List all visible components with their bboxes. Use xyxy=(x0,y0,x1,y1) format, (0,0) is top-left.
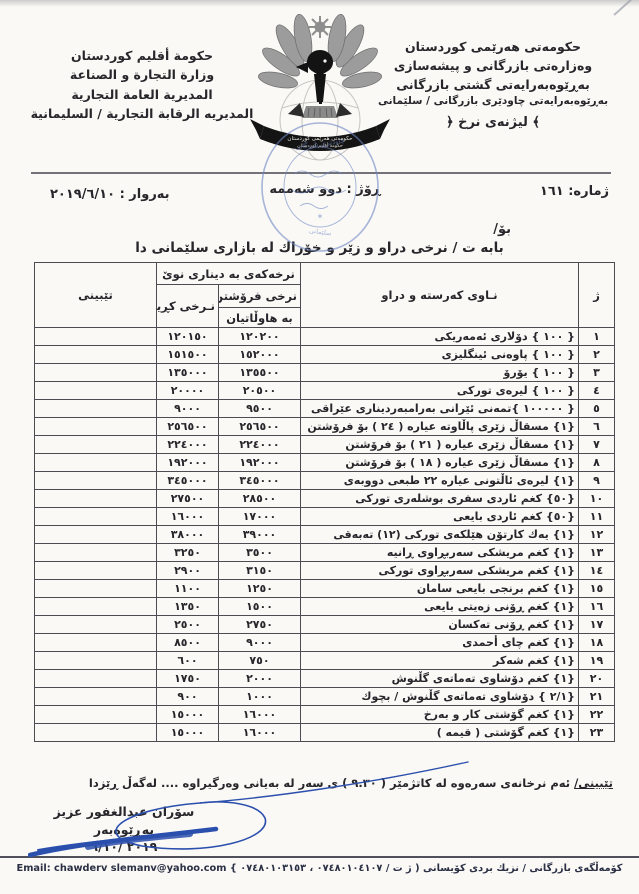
table-row: ١١{٥٠} كغم ئاردی بایعی١٧٠٠٠١٦٠٠٠ xyxy=(34,508,614,526)
table-row: ٢٢{١} كغم گۆشتی كار و بەرخ١٦٠٠٠١٥٠٠٠ xyxy=(34,706,614,724)
table-row: ٧{١} مسقاڵ زێری عیارە ( ٢١ ) بۆ فرۆشتن٢٢… xyxy=(34,436,614,454)
buy-price-cell: ١٢٠١٥٠ xyxy=(156,328,218,346)
sell-price-cell: ٢٨٥٠٠ xyxy=(219,490,301,508)
table-row: ١٨{١} كغم چای أحمدی٩٠٠٠٨٥٠٠ xyxy=(34,634,614,652)
note-cell xyxy=(34,598,156,616)
item-name-cell: {٥٠} كغم ئاردی سفری بوشلەری توركی xyxy=(301,490,579,508)
note-cell xyxy=(34,562,156,580)
row-number-cell: ١٨ xyxy=(579,634,615,652)
header-line: حكومة أقليم كوردستان xyxy=(28,46,256,65)
note-cell xyxy=(34,418,156,436)
col-header-sell-sub: بە هاوڵاتیان xyxy=(219,308,301,328)
header-line: المديرية العامة التجارية xyxy=(28,85,256,104)
price-table: ژ نـاوی كەرستە و دراو نرخەكەی بە دیناری … xyxy=(34,262,615,742)
buy-price-cell: ٣٤٥٠٠٠ xyxy=(156,472,218,490)
sell-price-cell: ٢٧٥٠ xyxy=(219,616,301,634)
item-name-cell: { ١٠٠ } پاوەنی ئینگلیزی xyxy=(301,346,579,364)
buy-price-cell: ١٥١٥٠٠ xyxy=(156,346,218,364)
table-row: ٢٠{١} كغم دۆشاوی تەماتەی گڵنوش٢٠٠٠١٧٥٠ xyxy=(34,670,614,688)
stamp-text: سلێمانی xyxy=(309,227,332,238)
item-name-cell: {١} یەك كارتۆن هێلكەی توركی (١٢) تەبەقی xyxy=(301,526,579,544)
signer-date: ٢٠١٩ /٦/١٠ xyxy=(46,838,202,856)
sun-icon xyxy=(309,16,331,38)
price-committee-label: ﴾ لیژنەی نرخ ﴿ xyxy=(371,113,615,133)
note-cell xyxy=(34,688,156,706)
sell-price-cell: ١٢٠٢٠٠ xyxy=(219,328,301,346)
note-cell xyxy=(34,544,156,562)
price-table-header: ژ نـاوی كەرستە و دراو نرخەكەی بە دیناری … xyxy=(34,263,614,328)
item-name-cell: {١} كغم شەكر xyxy=(301,652,579,670)
item-name-cell: {١} كغم گۆشتی كار و بەرخ xyxy=(301,706,579,724)
table-row: ٢٣{١} كغم گۆشتی ( قیمە )١٦٠٠٠١٥٠٠٠ xyxy=(34,724,614,742)
buy-price-cell: ٢٧٥٠٠ xyxy=(156,490,218,508)
sell-price-cell: ١٦٠٠٠ xyxy=(219,706,301,724)
buy-price-cell: ٣٢٥٠ xyxy=(156,544,218,562)
table-row: ٥{ ١٠٠٠٠٠ }تمەنی ئێرانی بەرامبەردیناری ع… xyxy=(34,400,614,418)
buy-price-cell: ٩٠٠٠ xyxy=(156,400,218,418)
buy-price-cell: ١٣٥٠ xyxy=(156,598,218,616)
row-number-cell: ٤ xyxy=(579,382,615,400)
note-cell xyxy=(34,400,156,418)
col-header-item: نـاوی كەرستە و دراو xyxy=(301,263,579,328)
table-row: ١٢{١} یەك كارتۆن هێلكەی توركی (١٢) تەبەق… xyxy=(34,526,614,544)
row-number-cell: ١٦ xyxy=(579,598,615,616)
sell-price-cell: ١٩٢٠٠٠ xyxy=(219,454,301,472)
row-number-cell: ١٢ xyxy=(579,526,615,544)
col-header-notes: تێبینی xyxy=(34,263,156,328)
item-name-cell: {١} مسقاڵ زێری عیارە ( ٢١ ) بۆ فرۆشتن xyxy=(301,436,579,454)
header-line: وەزارەتی بازرگانی و پیشەسازی xyxy=(371,57,615,76)
sell-price-cell: ١٥٠٠ xyxy=(219,598,301,616)
row-number-cell: ٢١ xyxy=(579,688,615,706)
row-number-cell: ١١ xyxy=(579,508,615,526)
buy-price-cell: ١٣٥٠٠٠ xyxy=(156,364,218,382)
col-header-buy-price: نـرخی كڕین xyxy=(156,285,218,328)
table-row: ٢{ ١٠٠ } پاوەنی ئینگلیزی١٥٢٠٠٠١٥١٥٠٠ xyxy=(34,346,614,364)
item-name-cell: {١} كغم گۆشتی ( قیمە ) xyxy=(301,724,579,742)
buy-price-cell: ١٦٠٠٠ xyxy=(156,508,218,526)
note-cell xyxy=(34,454,156,472)
sell-price-cell: ١٠٠٠ xyxy=(219,688,301,706)
row-number-cell: ٦ xyxy=(579,418,615,436)
header-line: حكومەتی هەرێمی كوردستان xyxy=(371,38,615,57)
row-number-cell: ١٧ xyxy=(579,616,615,634)
item-name-cell: { ١٠٠ } یۆرۆ xyxy=(301,364,579,382)
table-row: ١٦{١} كغم ڕۆنی زەیتی بایعی١٥٠٠١٣٥٠ xyxy=(34,598,614,616)
sell-price-cell: ٩٥٠٠ xyxy=(219,400,301,418)
note-cell xyxy=(34,508,156,526)
note-cell xyxy=(34,634,156,652)
sell-price-cell: ٣١٥٠ xyxy=(219,562,301,580)
row-number-cell: ١ xyxy=(579,328,615,346)
note-cell xyxy=(34,580,156,598)
note-cell xyxy=(34,364,156,382)
row-number-cell: ٣ xyxy=(579,364,615,382)
header-arabic-block: حكومة أقليم كوردستان وزارة التجارة و الص… xyxy=(28,46,256,124)
table-row: ٤{ ١٠٠ } لیرەی توركی٢٠٥٠٠٢٠٠٠٠ xyxy=(34,382,614,400)
header-kurdish-block: حكومەتی هەرێمی كوردستان وەزارەتی بازرگان… xyxy=(371,38,615,133)
sell-price-cell: ٧٥٠ xyxy=(219,652,301,670)
to-label: بۆ/ xyxy=(493,222,511,237)
note-cell xyxy=(34,382,156,400)
item-name-cell: {٥٠} كغم ئاردی بایعی xyxy=(301,508,579,526)
sell-price-cell: ١٦٠٠٠ xyxy=(219,724,301,742)
row-number-cell: ٢٠ xyxy=(579,670,615,688)
buy-price-cell: ١٥٠٠٠ xyxy=(156,724,218,742)
sell-price-cell: ١٣٥٥٠٠ xyxy=(219,364,301,382)
item-name-cell: {١} كغم مریشكی سەربڕاوی ڕانیە xyxy=(301,544,579,562)
signature-block: سۆران عبدالغفور عزیز بەڕێوەبەر ٢٠١٩ /٦/١… xyxy=(46,803,202,856)
table-row: ٩{١} لیرەی ئاڵتونی عیارە ٢٢ طبعی دووبەی٣… xyxy=(34,472,614,490)
scan-edge-shadow xyxy=(0,0,639,7)
row-number-cell: ٢٣ xyxy=(579,724,615,742)
sell-price-cell: ٢٠٥٠٠ xyxy=(219,382,301,400)
item-name-cell: {١} كغم چای أحمدی xyxy=(301,634,579,652)
row-number-cell: ١٥ xyxy=(579,580,615,598)
note-cell xyxy=(34,670,156,688)
note-cell xyxy=(34,490,156,508)
signer-title: بەڕێوەبەر xyxy=(46,821,202,839)
note-cell xyxy=(34,616,156,634)
sell-price-cell: ٢٥٦٥٠٠ xyxy=(219,418,301,436)
sell-price-cell: ٣٩٠٠٠ xyxy=(219,526,301,544)
note-cell xyxy=(34,526,156,544)
official-stamp-icon: چاودێری بازرگانی سلێمانی ✶ xyxy=(254,116,386,258)
footnote-text: ئەم نرخانەی سەرەوە لە كاتژمێر ( ٩.٣٠ ) ی… xyxy=(89,776,574,790)
buy-price-cell: ٢٠٠٠٠ xyxy=(156,382,218,400)
buy-price-cell: ٢٩٠٠ xyxy=(156,562,218,580)
row-number-cell: ١٩ xyxy=(579,652,615,670)
note-cell xyxy=(34,652,156,670)
row-number-cell: ١٣ xyxy=(579,544,615,562)
item-name-cell: {١} كغم مریشكی سەربڕاوی توركی xyxy=(301,562,579,580)
item-name-cell: { ١٠٠٠٠٠ }تمەنی ئێرانی بەرامبەردیناری عێ… xyxy=(301,400,579,418)
header-line: بەڕێوەبەرایەتی چاودێری بازرگانی / سلێمان… xyxy=(371,94,615,110)
table-row: ١٩{١} كغم شەكر٧٥٠٦٠٠ xyxy=(34,652,614,670)
signer-name: سۆران عبدالغفور عزیز xyxy=(46,803,202,821)
buy-price-cell: ٢٢٤٠٠٠ xyxy=(156,436,218,454)
table-row: ١{ ١٠٠ } دۆلاری ئەمەریكی١٢٠٢٠٠١٢٠١٥٠ xyxy=(34,328,614,346)
buy-price-cell: ٣٨٠٠٠ xyxy=(156,526,218,544)
row-number-cell: ٨ xyxy=(579,454,615,472)
table-row: ١٠{٥٠} كغم ئاردی سفری بوشلەری توركی٢٨٥٠٠… xyxy=(34,490,614,508)
buy-price-cell: ٢٥٦٥٠٠ xyxy=(156,418,218,436)
table-row: ١٣{١} كغم مریشكی سەربڕاوی ڕانیە٣٥٠٠٣٢٥٠ xyxy=(34,544,614,562)
item-name-cell: {١} كغم برنجی بایعی سامان xyxy=(301,580,579,598)
item-name-cell: {٢/١ } دۆشاوی تەماتەی گڵنوش / بچوك xyxy=(301,688,579,706)
footer-contact-line: كۆمەڵگەی بازرگانی / نزیك بردی كۆیسانی ( … xyxy=(0,863,639,874)
footnote: تێبینی/ ئەم نرخانەی سەرەوە لە كاتژمێر ( … xyxy=(89,776,613,790)
item-name-cell: {١} كغم ڕۆنی تەكسان xyxy=(301,616,579,634)
header-line: المديريه الرقابة التجارية / السليمانية xyxy=(28,104,256,123)
col-header-sell-price: نرخی فرۆشتن xyxy=(219,285,301,308)
row-number-cell: ٥ xyxy=(579,400,615,418)
svg-text:✶: ✶ xyxy=(317,212,324,221)
note-cell xyxy=(34,706,156,724)
item-name-cell: {١} لیرەی ئاڵتونی عیارە ٢٢ طبعی دووبەی xyxy=(301,472,579,490)
footer-divider xyxy=(0,856,639,858)
col-header-row-number: ژ xyxy=(579,263,615,328)
row-number-cell: ١٠ xyxy=(579,490,615,508)
sell-price-cell: ٢٢٤٠٠٠ xyxy=(219,436,301,454)
note-cell xyxy=(34,346,156,364)
row-number-cell: ٧ xyxy=(579,436,615,454)
doc-date: بەروار : ٢٠١٩/٦/١٠ xyxy=(50,187,170,202)
buy-price-cell: ١١٠٠ xyxy=(156,580,218,598)
note-cell xyxy=(34,328,156,346)
sell-price-cell: ١٥٢٠٠٠ xyxy=(219,346,301,364)
table-row: ٢١{٢/١ } دۆشاوی تەماتەی گڵنوش / بچوك١٠٠٠… xyxy=(34,688,614,706)
sell-price-cell: ١٢٥٠ xyxy=(219,580,301,598)
doc-number: ژمارە: ١٦١ xyxy=(540,184,609,199)
row-number-cell: ٢ xyxy=(579,346,615,364)
item-name-cell: {١} كغم دۆشاوی تەماتەی گڵنوش xyxy=(301,670,579,688)
sell-price-cell: ٢٠٠٠ xyxy=(219,670,301,688)
header-line: وزارة التجارة و الصناعة xyxy=(28,65,256,84)
buy-price-cell: ١٥٠٠٠ xyxy=(156,706,218,724)
sell-price-cell: ٩٠٠٠ xyxy=(219,634,301,652)
item-name-cell: {١} مسقاڵ زێری پاڵاوتە عیارە ( ٢٤ ) بۆ ف… xyxy=(301,418,579,436)
sell-price-cell: ١٧٠٠٠ xyxy=(219,508,301,526)
buy-price-cell: ١٧٥٠ xyxy=(156,670,218,688)
item-name-cell: { ١٠٠ } لیرەی توركی xyxy=(301,382,579,400)
buy-price-cell: ١٩٢٠٠٠ xyxy=(156,454,218,472)
note-cell xyxy=(34,724,156,742)
buy-price-cell: ٦٠٠ xyxy=(156,652,218,670)
header-line: بەڕێوەبەرایەتی گشتی بازرگانی xyxy=(371,76,615,95)
note-cell xyxy=(34,436,156,454)
item-name-cell: { ١٠٠ } دۆلاری ئەمەریكی xyxy=(301,328,579,346)
table-row: ٨{١} مسقاڵ زێری عیارە ( ١٨ ) بۆ فرۆشتن١٩… xyxy=(34,454,614,472)
row-number-cell: ٩ xyxy=(579,472,615,490)
table-row: ٦{١} مسقاڵ زێری پاڵاوتە عیارە ( ٢٤ ) بۆ … xyxy=(34,418,614,436)
item-name-cell: {١} مسقاڵ زێری عیارە ( ١٨ ) بۆ فرۆشتن xyxy=(301,454,579,472)
sell-price-cell: ٣٥٠٠ xyxy=(219,544,301,562)
sell-price-cell: ٣٤٥٠٠٠ xyxy=(219,472,301,490)
table-row: ٣{ ١٠٠ } یۆرۆ١٣٥٥٠٠١٣٥٠٠٠ xyxy=(34,364,614,382)
footnote-label: تێبینی/ xyxy=(574,776,613,790)
row-number-cell: ٢٢ xyxy=(579,706,615,724)
table-row: ١٧{١} كغم ڕۆنی تەكسان٢٧٥٠٢٥٠٠ xyxy=(34,616,614,634)
buy-price-cell: ٩٠٠ xyxy=(156,688,218,706)
buy-price-cell: ٢٥٠٠ xyxy=(156,616,218,634)
item-name-cell: {١} كغم ڕۆنی زەیتی بایعی xyxy=(301,598,579,616)
buy-price-cell: ٨٥٠٠ xyxy=(156,634,218,652)
table-row: ١٤{١} كغم مریشكی سەربڕاوی توركی٣١٥٠٢٩٠٠ xyxy=(34,562,614,580)
col-header-price-group: نرخەكەی بە دیناری نوێ xyxy=(156,263,300,285)
row-number-cell: ١٤ xyxy=(579,562,615,580)
stamp-text: چاودێری بازرگانی xyxy=(294,136,345,152)
note-cell xyxy=(34,472,156,490)
price-table-body: ١{ ١٠٠ } دۆلاری ئەمەریكی١٢٠٢٠٠١٢٠١٥٠٢{ ١… xyxy=(34,328,614,742)
table-row: ١٥{١} كغم برنجی بایعی سامان١٢٥٠١١٠٠ xyxy=(34,580,614,598)
scanned-price-list-document: حكومەتی هەرێمی كوردستان وەزارەتی بازرگان… xyxy=(0,0,639,894)
